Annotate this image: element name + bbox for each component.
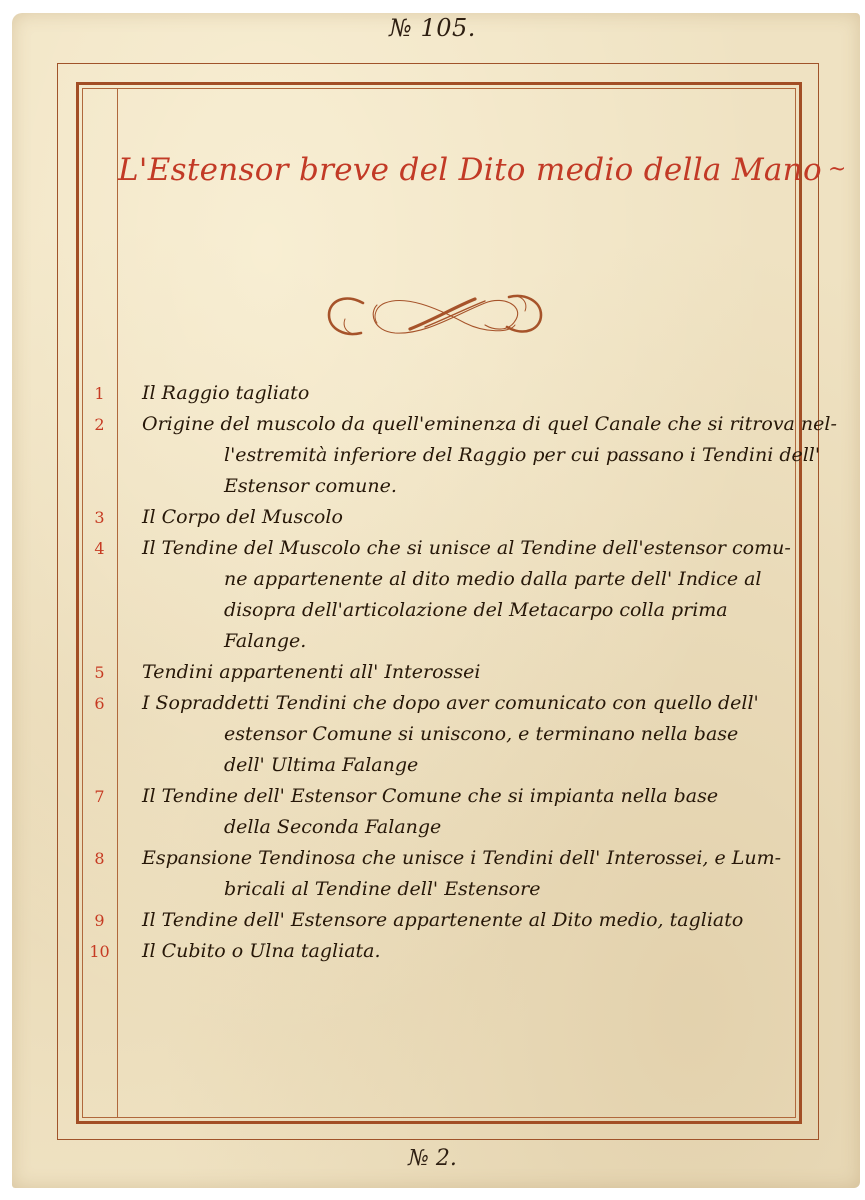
legend-item: 6 I Sopraddetti Tendini che dopo aver co… bbox=[82, 688, 796, 781]
legend-item: 7 Il Tendine dell' Estensor Comune che s… bbox=[82, 781, 796, 843]
legend-item: 3 Il Corpo del Muscolo bbox=[82, 502, 796, 533]
item-number: 4 bbox=[82, 533, 117, 564]
item-number: 5 bbox=[82, 657, 117, 688]
item-text: Espansione Tendinosa che unisce i Tendin… bbox=[117, 843, 796, 905]
item-text: Il Tendine del Muscolo che si unisce al … bbox=[117, 533, 796, 657]
page-title: L'Estensor breve del Dito medio della Ma… bbox=[118, 152, 798, 188]
item-number: 2 bbox=[82, 409, 117, 440]
item-text: Il Tendine dell' Estensor Comune che si … bbox=[117, 781, 796, 843]
legend-item: 4 Il Tendine del Muscolo che si unisce a… bbox=[82, 533, 796, 657]
item-text: Il Tendine dell' Estensore appartenente … bbox=[117, 905, 796, 936]
item-number: 9 bbox=[82, 905, 117, 936]
legend-item: 8 Espansione Tendinosa che unisce i Tend… bbox=[82, 843, 796, 905]
legend-item: 2 Origine del muscolo da quell'eminenza … bbox=[82, 409, 796, 502]
item-number: 3 bbox=[82, 502, 117, 533]
item-number: 6 bbox=[82, 688, 117, 719]
item-text: Tendini appartenenti all' Interossei bbox=[117, 657, 796, 688]
page-number-bottom: № 2. bbox=[0, 1146, 865, 1171]
legend-item: 9 Il Tendine dell' Estensore appartenent… bbox=[82, 905, 796, 936]
item-text: Origine del muscolo da quell'eminenza di… bbox=[117, 409, 837, 502]
calligraphic-flourish-icon bbox=[315, 285, 555, 345]
item-number: 8 bbox=[82, 843, 117, 874]
page-number-top: № 105. bbox=[0, 14, 865, 42]
item-text: Il Cubito o Ulna tagliata. bbox=[117, 936, 796, 967]
item-text: Il Raggio tagliato bbox=[117, 378, 796, 409]
legend-item: 1 Il Raggio tagliato bbox=[82, 378, 796, 409]
legend-item: 10 Il Cubito o Ulna tagliata. bbox=[82, 936, 796, 967]
title-flourish-icon: ~ bbox=[828, 157, 847, 182]
legend-item: 5 Tendini appartenenti all' Interossei bbox=[82, 657, 796, 688]
item-text: I Sopraddetti Tendini che dopo aver comu… bbox=[117, 688, 796, 781]
item-text: Il Corpo del Muscolo bbox=[117, 502, 796, 533]
title-text: L'Estensor breve del Dito medio della Ma… bbox=[118, 152, 822, 188]
item-number: 7 bbox=[82, 781, 117, 812]
item-number: 10 bbox=[82, 936, 117, 967]
legend-list: 1 Il Raggio tagliato 2 Origine del musco… bbox=[82, 378, 796, 967]
item-number: 1 bbox=[82, 378, 117, 409]
